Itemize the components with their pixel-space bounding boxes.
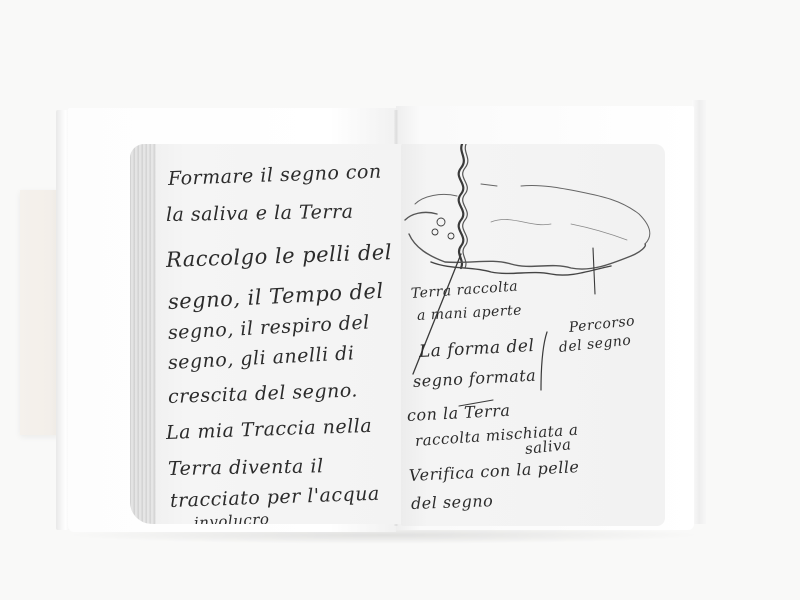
- handwriting-line: segno, il respiro del: [167, 311, 370, 344]
- handwriting-line: la saliva e la Terra: [166, 201, 354, 226]
- handwriting-line: crescita del segno.: [168, 379, 359, 408]
- handwriting-line: segno, il Tempo del: [167, 279, 384, 314]
- notebook-scan-left: Formare il segno con la saliva e la Terr…: [130, 144, 402, 524]
- notebook-scan-right: Terra raccolta a mani aperte La forma de…: [401, 144, 665, 526]
- handwriting-line: segno, gli anelli di: [167, 342, 354, 374]
- handwriting-line: La mia Traccia nella: [166, 415, 373, 444]
- handwriting-line: del segno: [411, 491, 494, 513]
- handwriting-line: involucro: [194, 510, 270, 524]
- handwriting-line: Terra diventa il: [168, 455, 324, 480]
- handwriting-line: tracciato per l'acqua: [170, 483, 381, 512]
- page-edges-right: [692, 100, 706, 524]
- handwriting-line: Formare il segno con: [168, 161, 382, 190]
- photo-scene: Formare il segno con la saliva e la Terr…: [0, 0, 800, 600]
- handwriting-line: Raccolgo le pelli del: [166, 240, 393, 272]
- open-book: Formare il segno con la saliva e la Terr…: [56, 88, 706, 536]
